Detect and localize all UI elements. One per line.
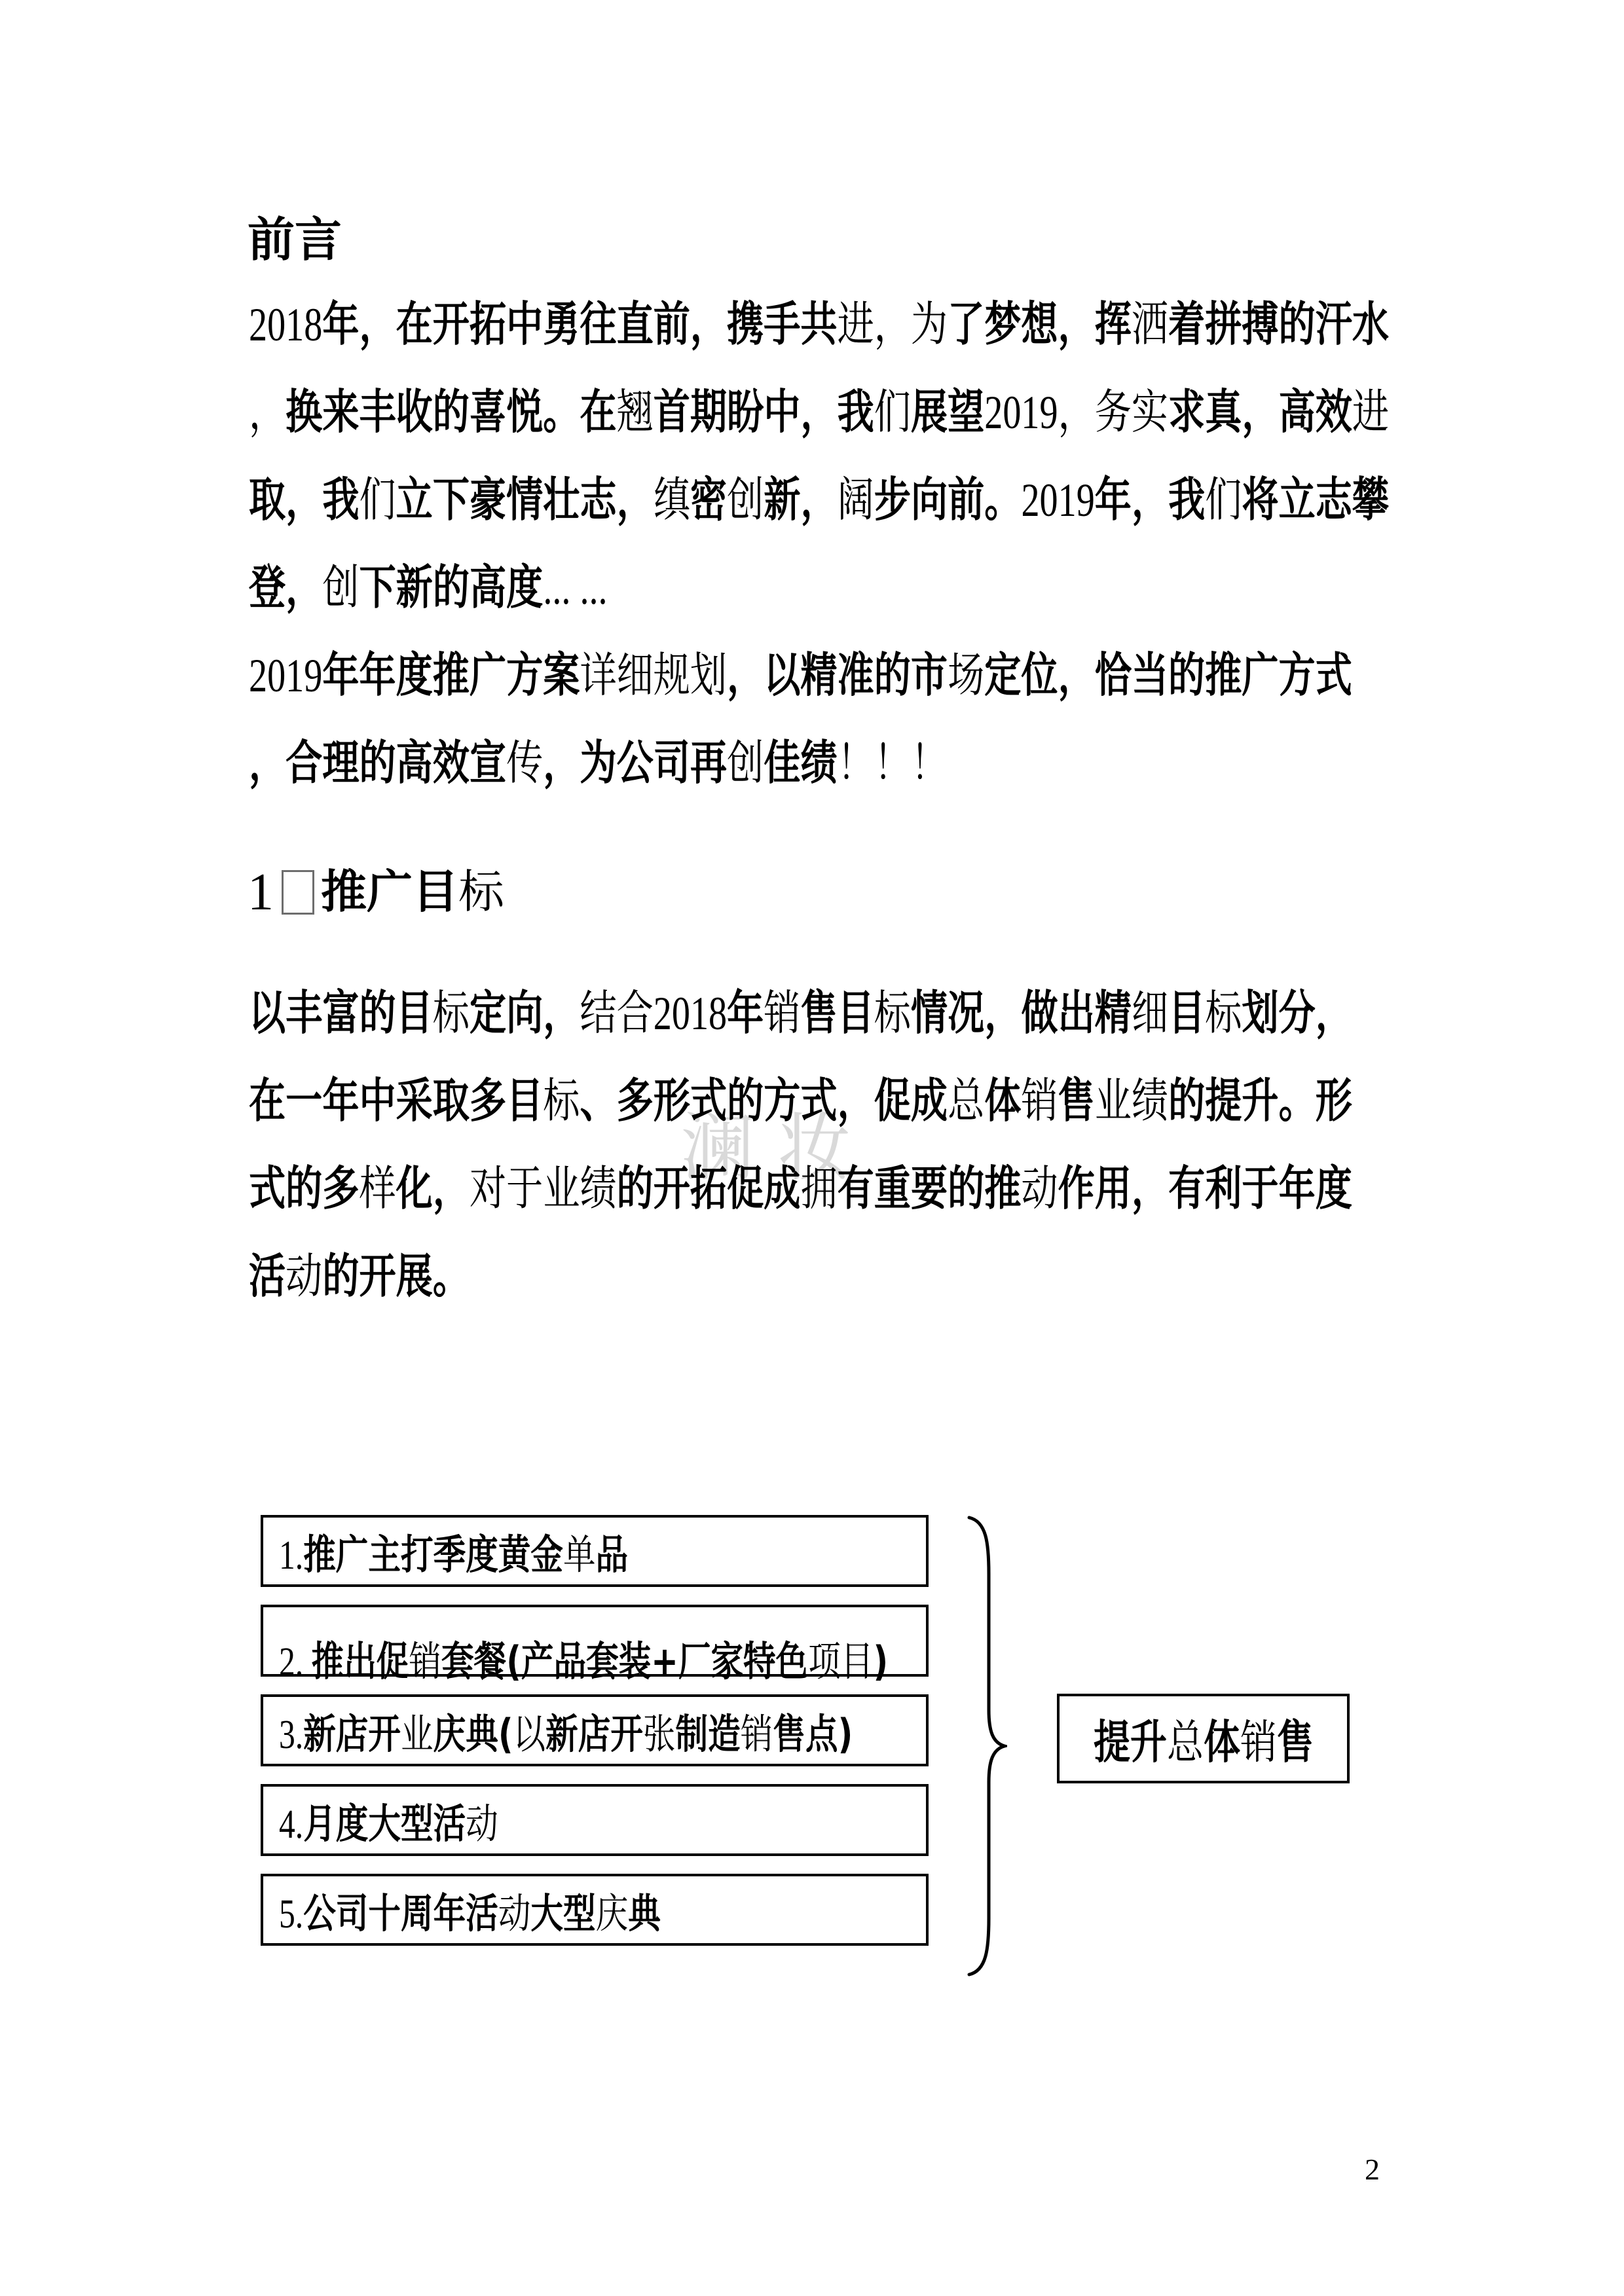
text-segment: 洒 — [1132, 299, 1168, 351]
text-segment: 的开展。 — [322, 1248, 470, 1303]
goal-box-label: 3.新店开业庆典(以新店开张制造销售点) — [279, 1702, 853, 1760]
text-segment: 庆典( — [434, 1710, 513, 1758]
text-segment: 在一年中采取多目 — [249, 1073, 543, 1128]
preface-title: 前言 — [248, 211, 342, 268]
text-segment: 活 — [249, 1248, 286, 1303]
text-line: ，换来丰收的喜悦。在翘首期盼中，我们展望2019，务实求真，高效进 — [249, 368, 1389, 456]
text-segment: 月度大型活 — [303, 1800, 466, 1848]
text-segment: 详细规划 — [580, 649, 727, 702]
text-segment: 的开拓促成 — [617, 1161, 801, 1216]
text-line: 以丰富的目标定向，结合2018年销售目标情况，做出精细目标划分， — [249, 969, 1352, 1057]
text-segment: 换来丰收的喜悦。在 — [286, 384, 616, 439]
text-line: ，合理的高效宣传，为公司再创佳绩！！！ — [249, 719, 1389, 807]
text-segment: 结合 — [580, 987, 653, 1040]
text-segment: 创 — [727, 737, 764, 790]
text-segment: 体 — [1204, 1715, 1240, 1769]
text-segment: 提升 — [1094, 1715, 1167, 1769]
text-segment: 了梦想，挥 — [948, 297, 1132, 352]
page-number: 2 — [1365, 2153, 1380, 2187]
text-segment: 们 — [359, 474, 396, 526]
text-segment: 业绩 — [1095, 1075, 1168, 1127]
text-line: 2019年年度推广方案详细规划，以精准的市场定位，恰当的推广方式 — [249, 631, 1389, 719]
text-segment: 销 — [741, 1713, 773, 1757]
text-segment: 定位，恰当的推广方式 — [984, 647, 1352, 702]
text-segment: 取，我 — [249, 472, 359, 527]
text-segment: 推广主打季度黄金 — [303, 1531, 563, 1578]
text-line: 2018年，在开拓中勇往直前，携手共进，为了梦想，挥洒着拼搏的汗水 — [249, 280, 1389, 368]
text-segment: 标 — [433, 987, 470, 1040]
text-line: 式的多样化，对于业绩的开拓促成拥有重要的推动作用，有利于年度 — [249, 1144, 1352, 1232]
text-segment: 进 — [1352, 386, 1389, 439]
text-segment: 大型 — [530, 1889, 595, 1937]
text-segment: 总 — [948, 1075, 984, 1127]
section-title: 推广目标 — [321, 862, 504, 923]
text-segment: 2. — [279, 1640, 312, 1685]
text-segment: 求真，高效 — [1168, 384, 1352, 439]
text-segment: 业 — [401, 1713, 434, 1757]
goal-box: 5.公司十周年活动大型庆典 — [261, 1874, 929, 1946]
text-segment: 标 — [874, 987, 911, 1040]
text-segment: 体 — [984, 1073, 1021, 1128]
text-segment: 着拼搏的汗水 — [1168, 297, 1389, 352]
text-segment: 立下豪情壮志， — [396, 472, 654, 527]
text-segment: 定向， — [470, 985, 580, 1040]
section-paragraph: 以丰富的目标定向，结合2018年销售目标情况，做出精细目标划分，在一年中采取多目… — [249, 969, 1624, 1320]
text-segment: 新， — [764, 472, 837, 527]
text-segment: 套餐(产品套装+厂家特色 — [441, 1637, 808, 1685]
goal-box-label: 2. 推出促销套餐(产品套装+厂家特色项目) — [279, 1629, 888, 1687]
goal-box-label: 1.推广主打季度黄金单品 — [279, 1522, 628, 1580]
text-segment: 、多形式的方式，促成 — [580, 1073, 948, 1128]
text-segment: 1. — [279, 1533, 303, 1578]
text-segment: 3. — [279, 1713, 303, 1757]
text-segment: 样 — [359, 1163, 396, 1215]
text-segment: 对于业绩 — [470, 1163, 617, 1215]
text-line: 取，我们立下豪情壮志，缜密创新，阔步向前。2019年，我们将立志攀 — [249, 456, 1389, 543]
text-segment: 新店开 — [545, 1710, 643, 1758]
text-segment: 传 — [506, 737, 543, 790]
text-segment: ，务实 — [1058, 386, 1168, 439]
text-segment: 推广目 — [321, 865, 458, 919]
result-box: 提升总体销售 — [1057, 1694, 1350, 1783]
text-segment: 典 — [628, 1889, 661, 1937]
text-segment: 年，在开拓中勇往直前，携手共 — [322, 297, 837, 352]
text-segment: ， — [249, 386, 286, 439]
text-segment: 2019 — [249, 649, 322, 702]
text-segment: 标 — [1205, 987, 1242, 1040]
text-segment: 阔 — [838, 474, 874, 526]
text-segment: 动 — [1021, 1163, 1058, 1215]
text-segment: 划分， — [1242, 985, 1352, 1040]
text-segment: ... ... — [543, 562, 607, 614]
text-segment: 制造 — [676, 1710, 741, 1758]
text-segment: 公司十周年活 — [303, 1889, 498, 1937]
text-segment: 庆 — [596, 1892, 629, 1937]
goal-box: 1.推广主打季度黄金单品 — [261, 1515, 929, 1587]
text-segment: 首期盼中，我 — [654, 384, 874, 439]
text-segment: ，以精准的市 — [727, 647, 948, 702]
goal-box-label: 4.月度大型活动 — [279, 1791, 498, 1850]
text-line: 活动的开展。 — [249, 1232, 1352, 1320]
text-segment: 缜 — [654, 474, 690, 526]
preface-paragraph: 2018年，在开拓中勇往直前，携手共进，为了梦想，挥洒着拼搏的汗水，换来丰收的喜… — [249, 280, 1624, 807]
text-segment: 将立志攀 — [1242, 472, 1389, 527]
text-segment: 展望 — [911, 384, 984, 439]
text-segment: 拥 — [800, 1163, 837, 1215]
text-segment: 动 — [286, 1250, 322, 1303]
text-segment: 4. — [279, 1802, 303, 1847]
text-segment: 销 — [409, 1640, 441, 1685]
text-segment: 翘 — [617, 386, 654, 439]
section-number: 1 — [248, 862, 274, 922]
text-segment: 式的多 — [249, 1161, 359, 1216]
text-segment: 们 — [874, 386, 911, 439]
text-segment: ！！！ — [838, 737, 948, 790]
text-segment: 以丰富的目 — [249, 985, 433, 1040]
text-segment: 2019 — [1021, 474, 1094, 526]
text-segment: 有重要的推 — [838, 1161, 1022, 1216]
text-segment: 售 — [1277, 1715, 1314, 1769]
text-segment: 目 — [1168, 985, 1205, 1040]
goal-box-list: 1.推广主打季度黄金单品2. 推出促销套餐(产品套装+厂家特色项目)3.新店开业… — [261, 1515, 929, 1963]
text-segment: 品 — [596, 1531, 629, 1578]
text-segment: 年年度推广方案 — [322, 647, 580, 702]
text-segment: ) — [873, 1637, 888, 1685]
text-segment: 5. — [279, 1892, 303, 1937]
text-segment: 标 — [458, 867, 504, 918]
text-segment: 佳绩 — [764, 735, 837, 790]
text-segment: ，为公司再 — [543, 735, 727, 790]
text-segment: 们 — [1205, 474, 1242, 526]
text-segment: 2018 — [654, 987, 727, 1040]
text-segment: 情况，做出精 — [911, 985, 1132, 1040]
text-segment: 作用，有利于年度 — [1058, 1161, 1352, 1216]
text-segment: 标 — [543, 1075, 580, 1127]
text-segment: 年 — [727, 985, 764, 1040]
text-segment: 新店开 — [303, 1710, 401, 1758]
document-page: 澜 妆 前言 2018年，在开拓中勇往直前，携手共进，为了梦想，挥洒着拼搏的汗水… — [0, 0, 1624, 2296]
text-segment: 的提升。形 — [1168, 1073, 1352, 1128]
result-label: 提升总体销售 — [1094, 1705, 1314, 1772]
text-line: 在一年中采取多目标、多形式的方式，促成总体销售业绩的提升。形 — [249, 1057, 1352, 1144]
text-segment: 推出促 — [312, 1637, 409, 1685]
text-segment: 密 — [690, 472, 727, 527]
text-segment: 售 — [1058, 1073, 1095, 1128]
section-heading: 1推广目标 — [248, 862, 504, 923]
text-segment: 动 — [498, 1892, 531, 1937]
text-segment: 创 — [727, 474, 764, 526]
text-segment: 下新的高度 — [360, 560, 544, 615]
text-segment: 细 — [1132, 987, 1168, 1040]
missing-glyph-box — [282, 870, 314, 915]
text-segment: 2018 — [249, 299, 322, 351]
text-segment: 化， — [396, 1161, 470, 1216]
goal-box: 2. 推出促销套餐(产品套装+厂家特色项目) — [261, 1605, 929, 1677]
text-segment: 总 — [1167, 1718, 1204, 1768]
text-segment: 步向前。 — [874, 472, 1022, 527]
text-segment: 销 — [1021, 1075, 1058, 1127]
text-segment: 销 — [764, 987, 800, 1040]
text-segment: 动 — [466, 1802, 498, 1847]
text-segment: 年，我 — [1095, 472, 1205, 527]
text-segment: 项目 — [808, 1640, 873, 1685]
text-segment: 登， — [249, 560, 322, 615]
text-segment: 场 — [948, 649, 984, 702]
goal-box-label: 5.公司十周年活动大型庆典 — [279, 1881, 661, 1939]
text-segment: 售目 — [800, 985, 874, 1040]
curly-brace — [965, 1514, 1007, 1978]
text-line: 登，创下新的高度... ... — [249, 543, 1389, 631]
text-segment: 单 — [563, 1533, 596, 1578]
text-segment: 创 — [322, 562, 359, 614]
text-segment: 售点) — [773, 1710, 853, 1758]
text-segment: ，合理的高效宣 — [249, 735, 506, 790]
goal-box: 4.月度大型活动 — [261, 1784, 929, 1856]
goal-box: 3.新店开业庆典(以新店开张制造销售点) — [261, 1694, 929, 1766]
text-segment: 张 — [643, 1713, 676, 1757]
text-segment: 进，为 — [838, 299, 948, 351]
text-segment: 2019 — [984, 386, 1058, 439]
text-segment: 销 — [1240, 1718, 1277, 1768]
text-segment: 以 — [513, 1713, 546, 1757]
